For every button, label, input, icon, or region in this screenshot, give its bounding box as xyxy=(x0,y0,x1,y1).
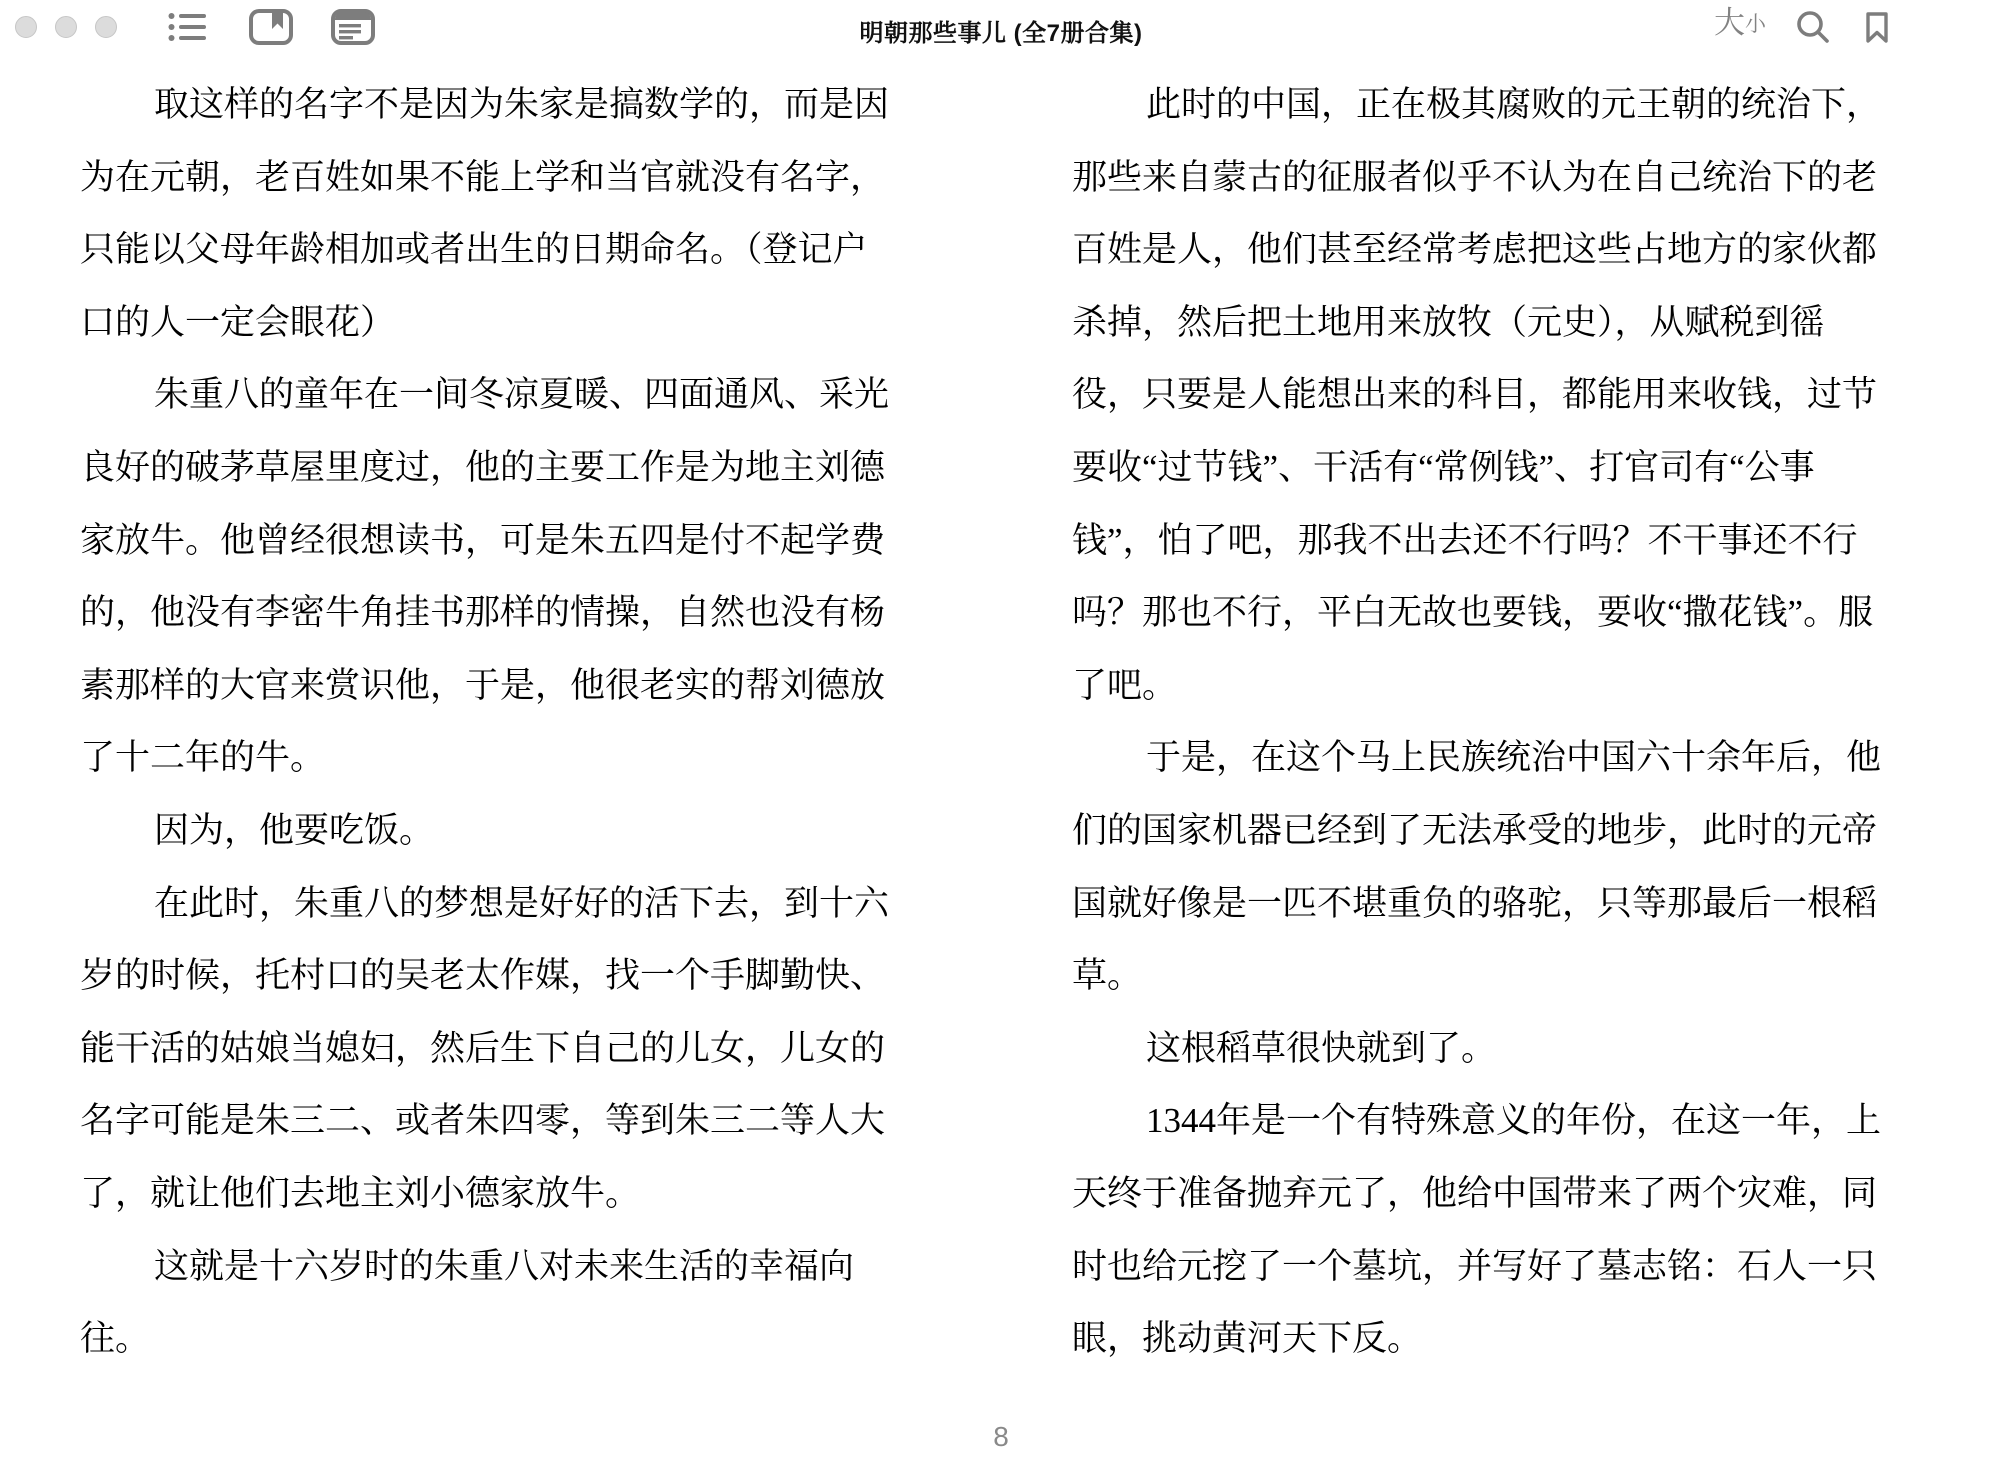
text-line: 了十二年的牛。 xyxy=(80,722,922,795)
text-line: 为在元朝，老百姓如果不能上学和当官就没有名字， xyxy=(80,142,922,215)
page-number: 8 xyxy=(0,1421,2002,1453)
text-line: 眼，挑动黄河天下反。 xyxy=(1072,1303,1914,1376)
text-line: 那些来自蒙古的征服者似乎不认为在自己统治下的老 xyxy=(1072,142,1914,215)
bookmark-button[interactable] xyxy=(1864,11,1890,44)
font-size-button[interactable]: 大小 xyxy=(1714,6,1766,40)
left-page: 取这样的名字不是因为朱家是搞数学的，而是因为在元朝，老百姓如果不能上学和当官就没… xyxy=(80,69,922,1376)
text-line: 时也给元挖了一个墓坑，并写好了墓志铭：石人一只 xyxy=(1072,1231,1914,1304)
text-line: 素那样的大官来赏识他，于是，他很老实的帮刘德放 xyxy=(80,650,922,723)
text-line: 草。 xyxy=(1072,940,1914,1013)
font-size-large-label: 大 xyxy=(1714,6,1745,40)
search-icon xyxy=(1794,9,1832,47)
text-line: 于是，在这个马上民族统治中国六十余年后，他 xyxy=(1072,722,1914,795)
text-line: 了吧。 xyxy=(1072,650,1914,723)
books-window: 明朝那些事儿 (全7册合集) 大小 取这样的名字不是因为朱家是搞数学的，而是因为… xyxy=(0,0,2002,1472)
text-line: 取这样的名字不是因为朱家是搞数学的，而是因 xyxy=(80,69,922,142)
text-line: 的，他没有李密牛角挂书那样的情操，自然也没有杨 xyxy=(80,577,922,650)
text-line: 了，就让他们去地主刘小德家放牛。 xyxy=(80,1158,922,1231)
text-line: 此时的中国，正在极其腐败的元王朝的统治下， xyxy=(1072,69,1914,142)
text-line: 国就好像是一匹不堪重负的骆驼，只等那最后一根稻 xyxy=(1072,868,1914,941)
text-line: 良好的破茅草屋里度过，他的主要工作是为地主刘德 xyxy=(80,432,922,505)
titlebar: 明朝那些事儿 (全7册合集) 大小 xyxy=(0,0,2002,54)
text-line: 吗？那也不行，平白无故也要钱，要收“撒花钱”。服 xyxy=(1072,577,1914,650)
text-line: 天终于准备抛弃元了，他给中国带来了两个灾难，同 xyxy=(1072,1158,1914,1231)
text-line: 往。 xyxy=(80,1303,922,1376)
text-line: 因为，他要吃饭。 xyxy=(80,795,922,868)
text-line: 杀掉，然后把土地用来放牧（元史），从赋税到徭 xyxy=(1072,287,1914,360)
text-line: 朱重八的童年在一间冬凉夏暖、四面通风、采光 xyxy=(80,359,922,432)
text-line: 只能以父母年龄相加或者出生的日期命名。（登记户 xyxy=(80,214,922,287)
text-line: 要收“过节钱”、干活有“常例钱”、打官司有“公事 xyxy=(1072,432,1914,505)
right-page: 此时的中国，正在极其腐败的元王朝的统治下，那些来自蒙古的征服者似乎不认为在自己统… xyxy=(1072,69,1914,1376)
search-button[interactable] xyxy=(1794,9,1832,47)
text-line: 名字可能是朱三二、或者朱四零，等到朱三二等人大 xyxy=(80,1085,922,1158)
text-line: 岁的时候，托村口的吴老太作媒，找一个手脚勤快、 xyxy=(80,940,922,1013)
book-title: 明朝那些事儿 (全7册合集) xyxy=(0,13,2002,48)
text-line: 钱”，怕了吧，那我不出去还不行吗？不干事还不行 xyxy=(1072,505,1914,578)
text-line: 家放牛。他曾经很想读书，可是朱五四是付不起学费 xyxy=(80,505,922,578)
text-line: 在此时，朱重八的梦想是好好的活下去，到十六 xyxy=(80,868,922,941)
bookmark-ribbon-icon xyxy=(1864,11,1890,44)
font-size-small-label: 小 xyxy=(1745,9,1766,40)
text-line: 口的人一定会眼花） xyxy=(80,287,922,360)
text-line: 役，只要是人能想出来的科目，都能用来收钱，过节 xyxy=(1072,359,1914,432)
text-line: 能干活的姑娘当媳妇，然后生下自己的儿女，儿女的 xyxy=(80,1013,922,1086)
text-line: 百姓是人，他们甚至经常考虑把这些占地方的家伙都 xyxy=(1072,214,1914,287)
text-line: 这根稻草很快就到了。 xyxy=(1072,1013,1914,1086)
text-line: 们的国家机器已经到了无法承受的地步，此时的元帝 xyxy=(1072,795,1914,868)
text-line: 这就是十六岁时的朱重八对未来生活的幸福向 xyxy=(80,1231,922,1304)
text-line: 1344年是一个有特殊意义的年份，在这一年，上 xyxy=(1072,1085,1914,1158)
